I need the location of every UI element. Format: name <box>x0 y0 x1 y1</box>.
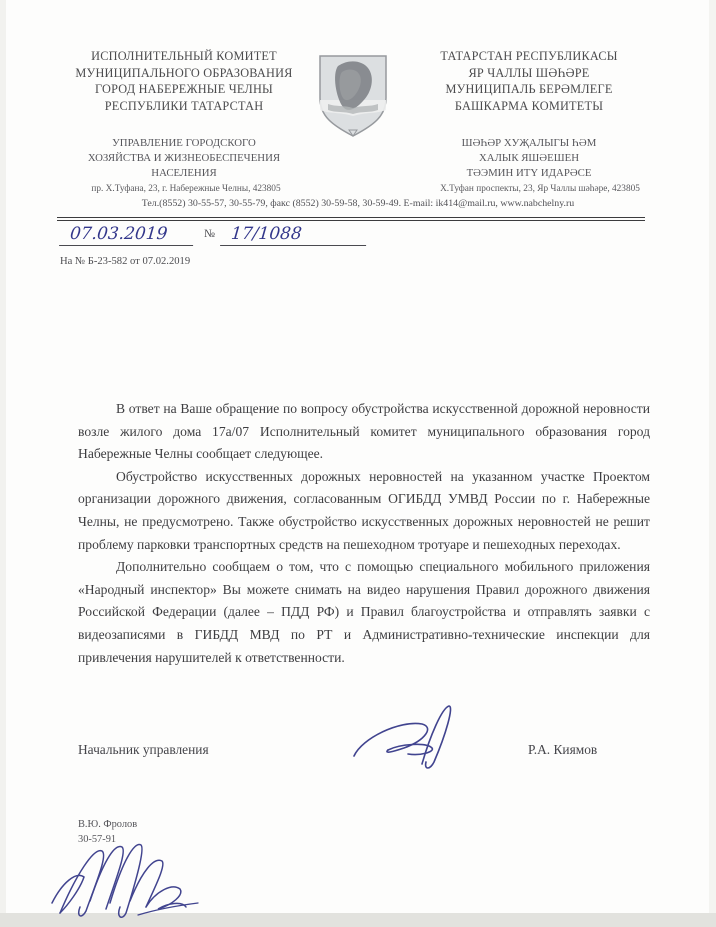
signer-position: Начальник управления <box>78 742 209 758</box>
executor-signature <box>46 831 226 927</box>
scan-edge-left <box>0 0 6 927</box>
coat-of-arms-emblem <box>316 52 390 140</box>
letterhead-divider <box>57 217 645 221</box>
paragraph: Дополнительно сообщаем о том, что с помо… <box>78 556 650 669</box>
org-line: РЕСПУБЛИКИ ТАТАРСТАН <box>58 98 310 115</box>
head-signature-icon <box>348 700 468 778</box>
dept-line: ХОЗЯЙСТВА И ЖИЗНЕОБЕСПЕЧЕНИЯ <box>58 151 310 166</box>
paragraph: В ответ на Ваше обращение по вопросу обу… <box>78 398 650 466</box>
handwritten-date: 07.03.2019 <box>69 224 168 244</box>
reply-reference-line: На № Б-23-582 от 07.02.2019 <box>60 256 190 267</box>
org-name-tatar: ТАТАРСТАН РЕСПУБЛИКАСЫ ЯР ЧАЛЛЫ ШӘҺӘРЕ М… <box>398 48 660 114</box>
org-line: ТАТАРСТАН РЕСПУБЛИКАСЫ <box>398 48 660 65</box>
signer-name: Р.А. Киямов <box>528 742 597 758</box>
contact-line: Тел.(8552) 30-55-57, 30-55-79, факс (855… <box>0 198 716 209</box>
org-name-russian: ИСПОЛНИТЕЛЬНЫЙ КОМИТЕТ МУНИЦИПАЛЬНОГО ОБ… <box>58 48 310 114</box>
org-line: МУНИЦИПАЛЬ БЕРӘМЛЕГЕ <box>398 81 660 98</box>
org-line: ГОРОД НАБЕРЕЖНЫЕ ЧЕЛНЫ <box>58 81 310 98</box>
org-line: БАШКАРМА КОМИТЕТЫ <box>398 98 660 115</box>
org-line: МУНИЦИПАЛЬНОГО ОБРАЗОВАНИЯ <box>58 65 310 82</box>
outgoing-date-field: 07.03.2019 <box>59 224 195 246</box>
outgoing-number-field: 17/1088 <box>220 224 368 246</box>
coat-of-arms-icon <box>316 52 390 140</box>
scan-edge-right <box>709 0 716 927</box>
dept-line: НАСЕЛЕНИЯ <box>58 166 310 181</box>
letter-body: В ответ на Ваше обращение по вопросу обу… <box>78 398 650 669</box>
org-line: ИСПОЛНИТЕЛЬНЫЙ КОМИТЕТ <box>58 48 310 65</box>
handwritten-number: 17/1088 <box>230 224 302 244</box>
department-name-russian: УПРАВЛЕНИЕ ГОРОДСКОГО ХОЗЯЙСТВА И ЖИЗНЕО… <box>58 136 310 180</box>
outgoing-reference-row: 07.03.2019№17/1088 <box>60 224 367 252</box>
number-sign: № <box>204 228 215 240</box>
department-name-tatar: ШӘҺӘР ХУҖАЛЫГЫ ҺӘМ ХАЛЫК ЯШӘЕШЕН ТӘЭМИН … <box>398 136 660 180</box>
dept-line: ТӘЭМИН ИТҮ ИДАРӘСЕ <box>398 166 660 181</box>
dept-line: ШӘҺӘР ХУҖАЛЫГЫ ҺӘМ <box>398 136 660 151</box>
head-signature <box>348 700 468 783</box>
scanned-letter-page: ИСПОЛНИТЕЛЬНЫЙ КОМИТЕТ МУНИЦИПАЛЬНОГО ОБ… <box>0 0 716 927</box>
executor-signature-icon <box>46 831 226 923</box>
dept-line: УПРАВЛЕНИЕ ГОРОДСКОГО <box>58 136 310 151</box>
address-tatar: Х.Туфан проспекты, 23, Яр Чаллы шәһәре, … <box>388 184 692 194</box>
address-russian: пр. Х.Туфана, 23, г. Набережные Челны, 4… <box>40 184 332 194</box>
paragraph: Обустройство искусственных дорожных неро… <box>78 466 650 556</box>
dept-line: ХАЛЫК ЯШӘЕШЕН <box>398 151 660 166</box>
org-line: ЯР ЧАЛЛЫ ШӘҺӘРЕ <box>398 65 660 82</box>
